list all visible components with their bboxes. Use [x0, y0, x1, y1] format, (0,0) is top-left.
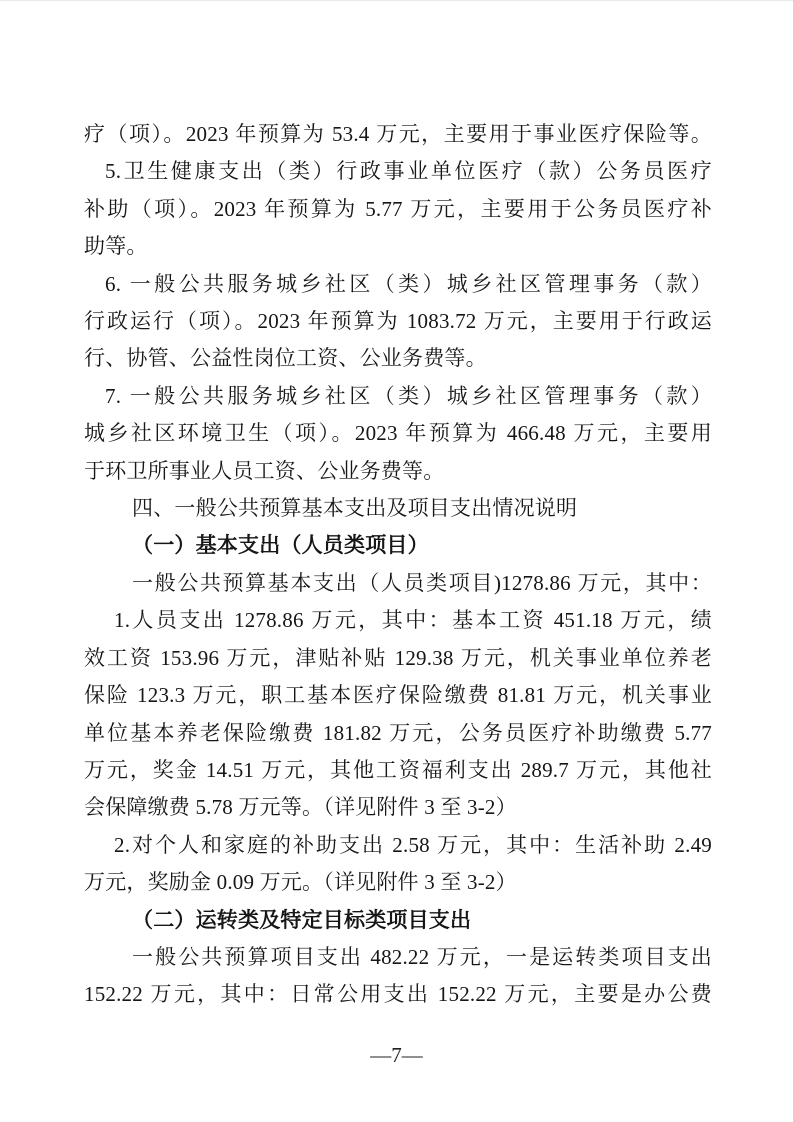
- doc-line-24: 152.22 万元，其中：日常公用支出 152.22 万元，主要是办公费: [84, 976, 712, 1013]
- doc-line-7: 行、协管、公益性岗位工资、公业务费等。: [84, 340, 712, 377]
- doc-line-13: 一般公共预算基本支出（人员类项目)1278.86 万元，其中：: [84, 565, 712, 602]
- doc-line-3: 补助（项）。2023 年预算为 5.77 万元，主要用于公务员医疗补: [84, 191, 712, 228]
- doc-line-14: 1.人员支出 1278.86 万元，其中：基本工资 451.18 万元，绩: [84, 602, 712, 639]
- doc-line-17: 单位基本养老保险缴费 181.82 万元，公务员医疗补助缴费 5.77: [84, 715, 712, 752]
- doc-line-15: 效工资 153.96 万元，津贴补贴 129.38 万元，机关事业单位养老: [84, 640, 712, 677]
- doc-line-9: 城乡社区环境卫生（项）。2023 年预算为 466.48 万元，主要用: [84, 415, 712, 452]
- doc-line-10: 于环卫所事业人员工资、公业务费等。: [84, 453, 712, 490]
- doc-line-16: 保险 123.3 万元，职工基本医疗保险缴费 81.81 万元，机关事业: [84, 677, 712, 714]
- page-number: —7—: [0, 1039, 793, 1071]
- section-heading-4: 四、一般公共预算基本支出及项目支出情况说明: [84, 490, 712, 527]
- doc-line-4: 助等。: [84, 228, 712, 265]
- doc-line-23: 一般公共预算项目支出 482.22 万元，一是运转类项目支出: [84, 939, 712, 976]
- doc-line-5: 6. 一般公共服务城乡社区（类）城乡社区管理事务（款）: [84, 266, 712, 303]
- subsection-heading-2: （二）运转类及特定目标类项目支出: [84, 902, 712, 939]
- document-body: 疗（项）。2023 年预算为 53.4 万元，主要用于事业医疗保险等。 5.卫生…: [84, 116, 712, 1014]
- doc-line-1: 疗（项）。2023 年预算为 53.4 万元，主要用于事业医疗保险等。: [84, 116, 712, 153]
- doc-line-18: 万元，奖金 14.51 万元，其他工资福利支出 289.7 万元，其他社: [84, 752, 712, 789]
- doc-line-6: 行政运行（项）。2023 年预算为 1083.72 万元，主要用于行政运: [84, 303, 712, 340]
- doc-line-19: 会保障缴费 5.78 万元等。（详见附件 3 至 3-2）: [84, 789, 712, 826]
- subsection-heading-1: （一）基本支出（人员类项目）: [84, 527, 712, 564]
- doc-line-21: 万元，奖励金 0.09 万元。（详见附件 3 至 3-2）: [84, 864, 712, 901]
- doc-line-8: 7. 一般公共服务城乡社区（类）城乡社区管理事务（款）: [84, 378, 712, 415]
- doc-line-2: 5.卫生健康支出（类）行政事业单位医疗（款）公务员医疗: [84, 153, 712, 190]
- doc-line-20: 2.对个人和家庭的补助支出 2.58 万元，其中：生活补助 2.49: [84, 827, 712, 864]
- document-page: 疗（项）。2023 年预算为 53.4 万元，主要用于事业医疗保险等。 5.卫生…: [0, 0, 793, 1122]
- scan-edge-line: [0, 0, 793, 1]
